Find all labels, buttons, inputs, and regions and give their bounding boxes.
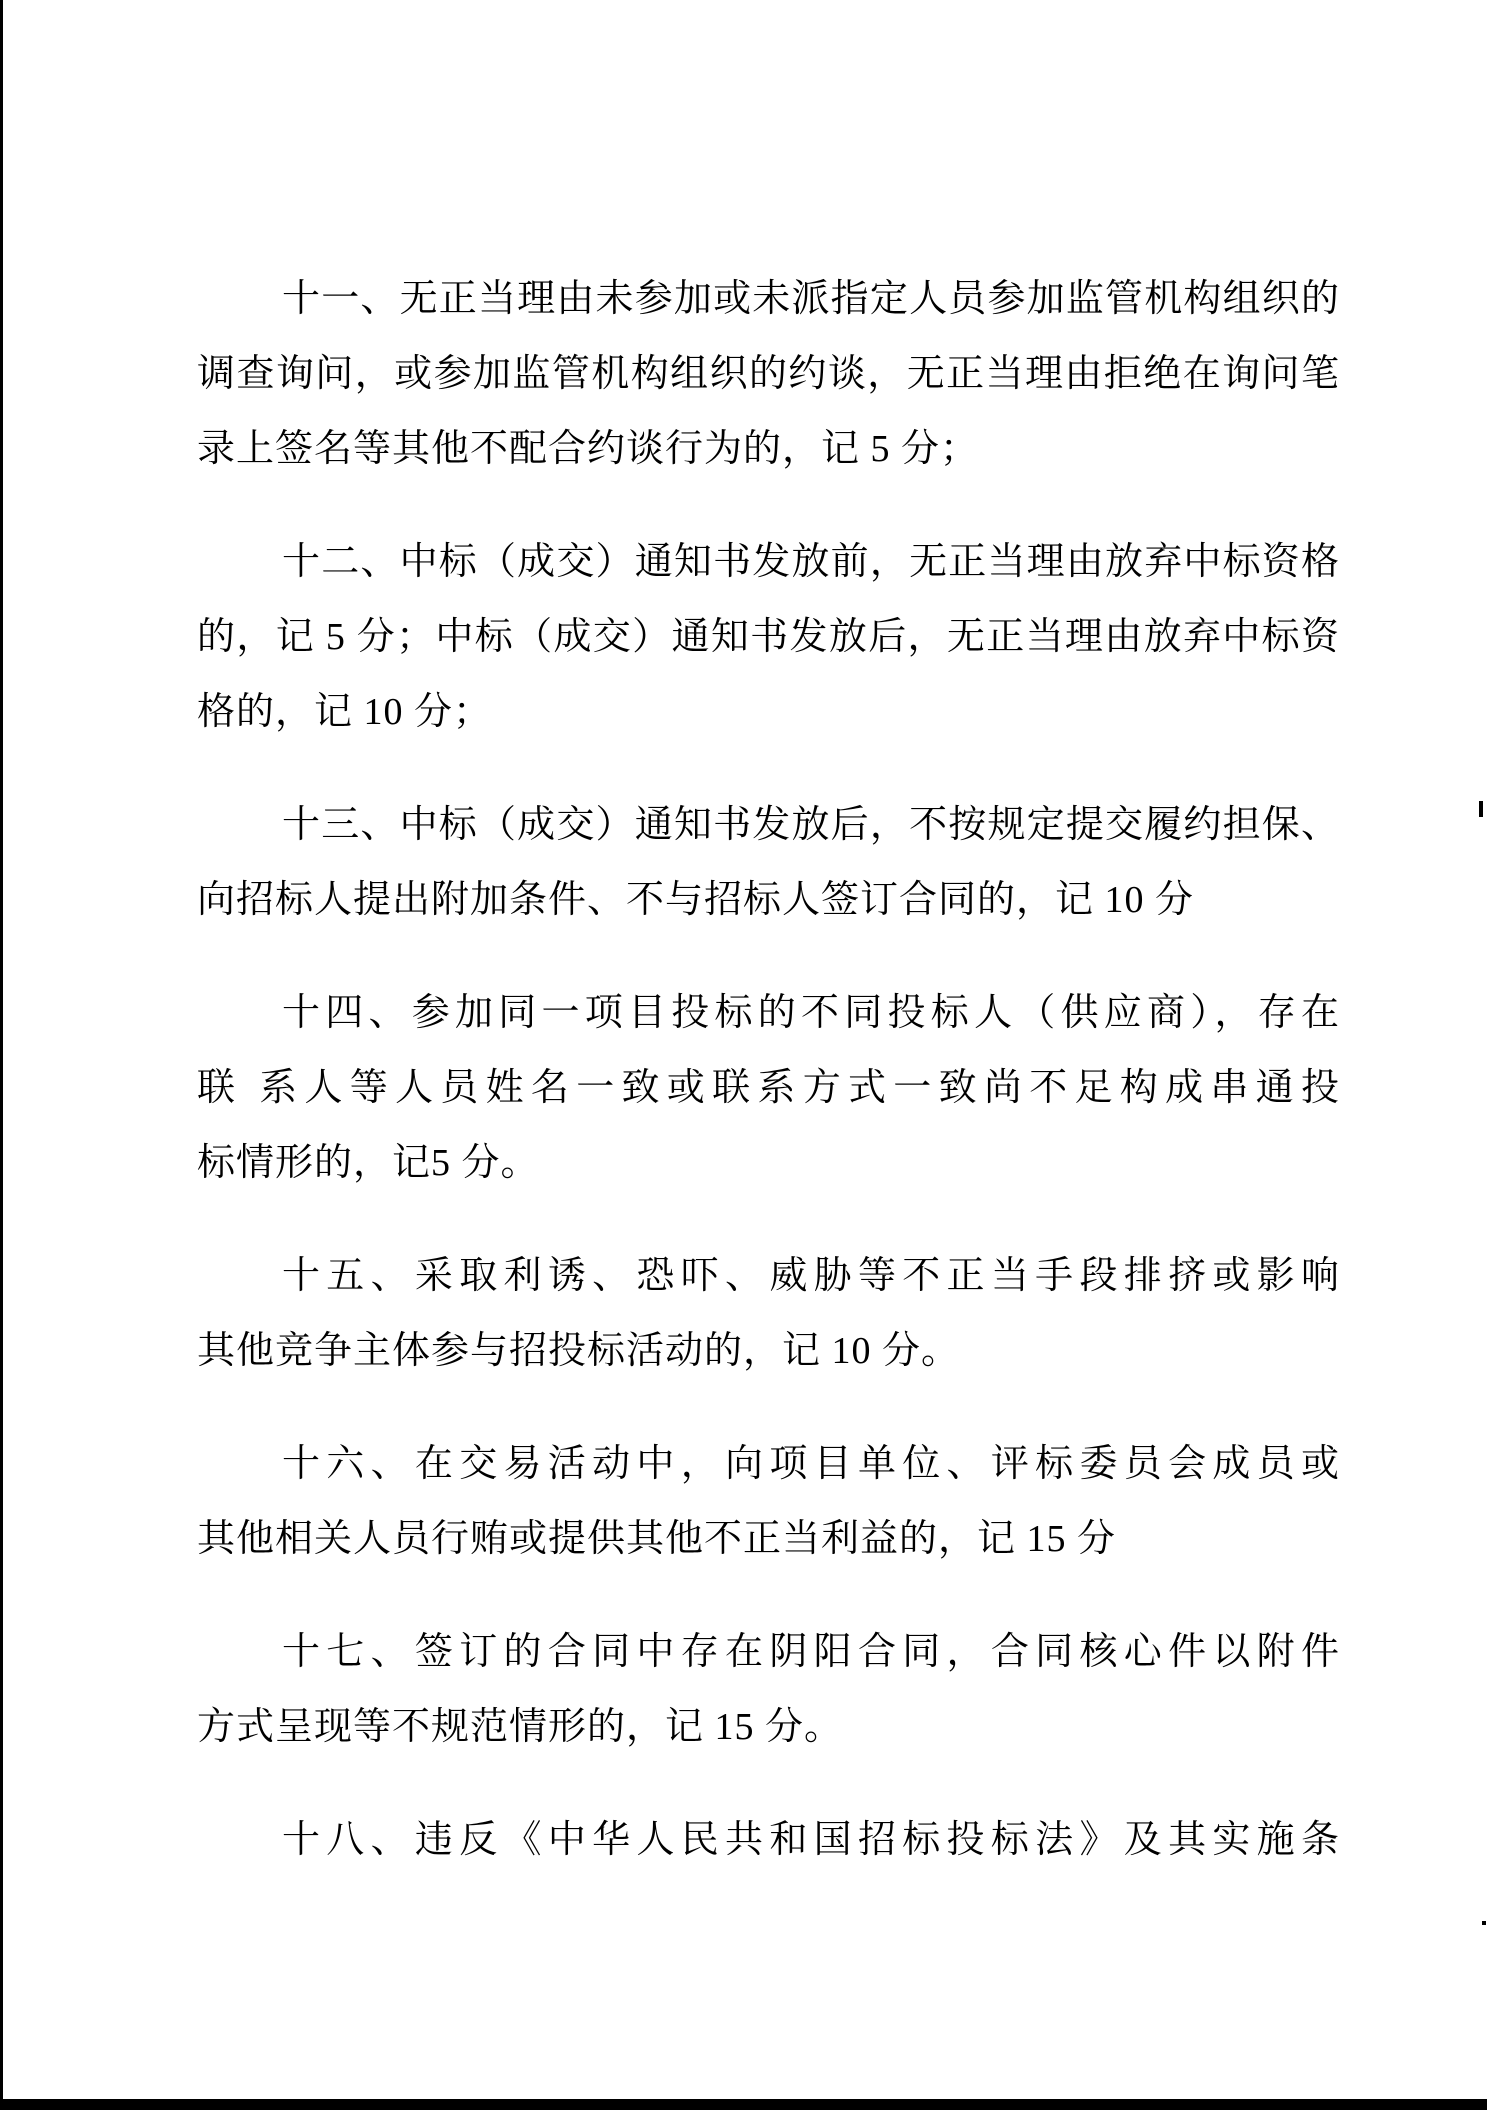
paragraph-item-14: 十四、参加同一项目投标的不同投标人（供应商），存在 联 系人等人员姓名一致或联系… [197, 976, 1340, 1201]
paragraph-item-17: 十七、签订的合同中存在阴阳合同，合同核心件以附件 方式呈现等不规范情形的，记 1… [197, 1615, 1340, 1765]
document-page: 十一、无正当理由未参加或未派指定人员参加监管机构组织的 调查询问，或参加监管机构… [0, 0, 1487, 2110]
paragraph-item-12: 十二、中标（成交）通知书发放前，无正当理由放弃中标资格 的，记 5 分；中标（成… [197, 525, 1340, 750]
text-line: 其他竞争主体参与招投标活动的，记 10 分。 [197, 1314, 1340, 1389]
document-body: 十一、无正当理由未参加或未派指定人员参加监管机构组织的 调查询问，或参加监管机构… [197, 262, 1340, 1916]
text-line: 十八、违反《中华人民共和国招标投标法》及其实施条 [197, 1803, 1340, 1878]
scan-edge-bar-bottom [0, 2099, 1487, 2110]
text-line: 格的，记 10 分； [197, 675, 1340, 750]
text-line: 标情形的，记5 分。 [197, 1126, 1340, 1201]
text-line: 十七、签订的合同中存在阴阳合同，合同核心件以附件 [197, 1615, 1340, 1690]
text-line: 十四、参加同一项目投标的不同投标人（供应商），存在 [197, 976, 1340, 1051]
text-line: 其他相关人员行贿或提供其他不正当利益的，记 15 分 [197, 1502, 1340, 1577]
text-line: 十三、中标（成交）通知书发放后，不按规定提交履约担保、 [197, 788, 1340, 863]
text-line: 调查询问，或参加监管机构组织的约谈，无正当理由拒绝在询问笔 [197, 337, 1340, 412]
paragraph-item-15: 十五、采取利诱、恐吓、威胁等不正当手段排挤或影响 其他竞争主体参与招投标活动的，… [197, 1239, 1340, 1389]
scan-speck [1479, 801, 1483, 817]
scan-speck [1482, 1921, 1486, 1925]
paragraph-item-18: 十八、违反《中华人民共和国招标投标法》及其实施条 [197, 1803, 1340, 1878]
text-line: 的，记 5 分；中标（成交）通知书发放后，无正当理由放弃中标资 [197, 600, 1340, 675]
text-line: 十五、采取利诱、恐吓、威胁等不正当手段排挤或影响 [197, 1239, 1340, 1314]
paragraph-item-16: 十六、在交易活动中，向项目单位、评标委员会成员或 其他相关人员行贿或提供其他不正… [197, 1427, 1340, 1577]
text-line: 录上签名等其他不配合约谈行为的，记 5 分； [197, 412, 1340, 487]
paragraph-item-11: 十一、无正当理由未参加或未派指定人员参加监管机构组织的 调查询问，或参加监管机构… [197, 262, 1340, 487]
text-line: 十二、中标（成交）通知书发放前，无正当理由放弃中标资格 [197, 525, 1340, 600]
text-line: 联 系人等人员姓名一致或联系方式一致尚不足构成串通投 [197, 1051, 1340, 1126]
paragraph-item-13: 十三、中标（成交）通知书发放后，不按规定提交履约担保、 向招标人提出附加条件、不… [197, 788, 1340, 938]
text-line: 向招标人提出附加条件、不与招标人签订合同的，记 10 分 [197, 863, 1340, 938]
text-line: 方式呈现等不规范情形的，记 15 分。 [197, 1690, 1340, 1765]
text-line: 十一、无正当理由未参加或未派指定人员参加监管机构组织的 [197, 262, 1340, 337]
scan-edge-line-left [0, 0, 3, 2110]
text-line: 十六、在交易活动中，向项目单位、评标委员会成员或 [197, 1427, 1340, 1502]
